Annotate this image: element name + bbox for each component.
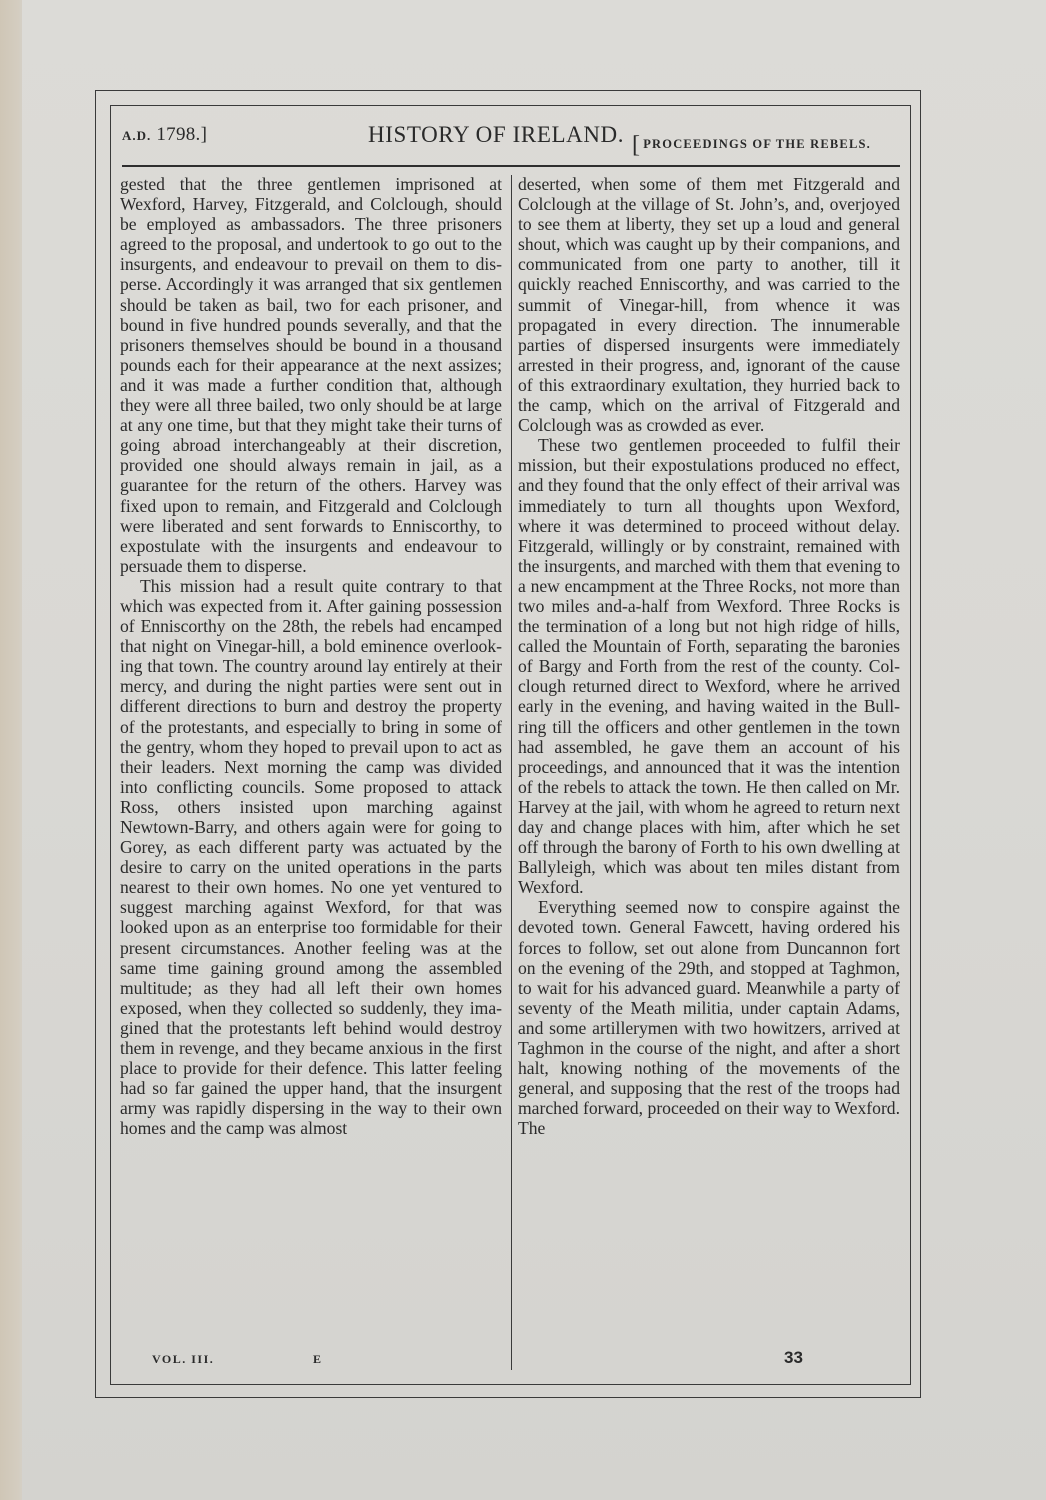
running-head: A.D. 1798.] HISTORY OF IRELAND. [PROCEED… <box>122 118 900 158</box>
column-divider <box>511 175 512 1370</box>
era-label: A.D. <box>122 128 151 143</box>
page-number: 33 <box>784 1348 803 1368</box>
paragraph: gested that the three gentlemen imprison… <box>120 174 502 576</box>
paragraph: Everything seemed now to conspire agains… <box>518 897 900 1138</box>
signature-mark: E <box>313 1352 321 1367</box>
year-label: 1798.] <box>156 124 207 145</box>
book-title: HISTORY OF IRELAND. <box>368 122 624 148</box>
header-rule <box>122 165 900 167</box>
left-column: gested that the three gentlemen imprison… <box>120 174 502 1139</box>
section-label: PROCEEDINGS OF THE REBELS. <box>643 137 871 151</box>
volume-label: VOL. III. <box>152 1352 214 1367</box>
paragraph: deserted, when some of them met Fitzgera… <box>518 174 900 435</box>
section-title: [PROCEEDINGS OF THE REBELS. <box>632 128 871 155</box>
paragraph: This mission had a result quite contrary… <box>120 576 502 1139</box>
paragraph: These two gentlemen proceeded to fulfil … <box>518 435 900 897</box>
right-column: deserted, when some of them met Fitzgera… <box>518 174 900 1139</box>
section-bracket: [ <box>632 132 641 158</box>
running-head-date: A.D. 1798.] <box>122 124 207 146</box>
